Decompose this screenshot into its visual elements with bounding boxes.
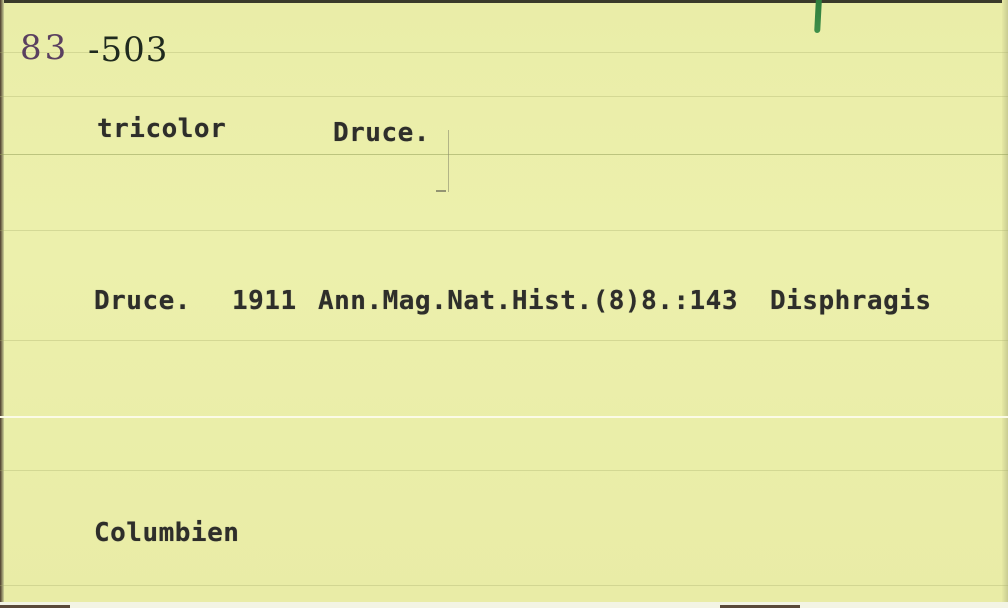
pencil-dash (436, 190, 446, 192)
green-tab-marker (814, 0, 822, 33)
card-left-edge (0, 0, 4, 608)
pencil-mark (448, 130, 449, 192)
index-card: 83 -503 tricolor Druce. Druce. 1911 Ann.… (0, 0, 1008, 608)
species-name: tricolor (97, 114, 226, 144)
card-rule (0, 154, 1008, 155)
card-rule (0, 230, 1008, 231)
catalog-number-suffix: -503 (88, 30, 168, 70)
scanner-artifact-line (0, 416, 1008, 418)
citation-year: 1911 (232, 286, 297, 316)
card-rule (0, 96, 1008, 97)
card-rule (0, 470, 1008, 471)
catalog-number-prefix: 83 (20, 28, 69, 68)
locality: Columbien (94, 518, 239, 548)
species-author: Druce. (333, 118, 430, 148)
card-right-edge (1002, 0, 1008, 608)
card-rule (0, 585, 1008, 586)
card-rule (0, 340, 1008, 341)
citation-author: Druce. (94, 286, 191, 316)
citation-journal: Ann.Mag.Nat.Hist.(8)8.:143 (318, 286, 738, 316)
citation-genus: Disphragis (770, 286, 932, 316)
card-bottom-edge (0, 602, 1008, 608)
